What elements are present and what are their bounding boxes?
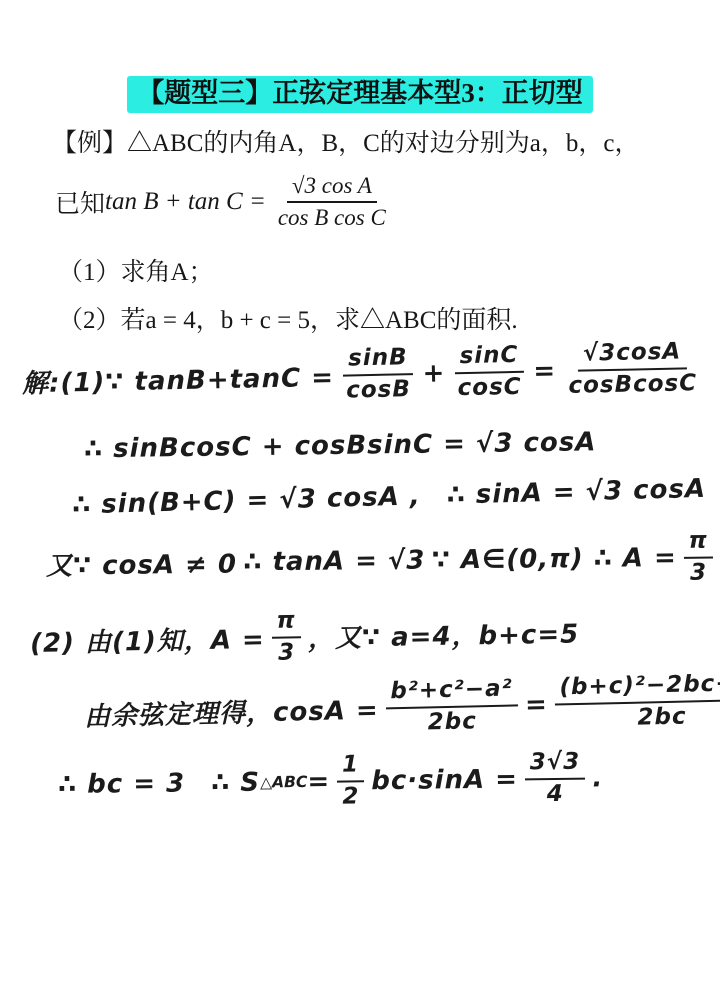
sol7-fraction-answer: 3√3 4: [525, 750, 586, 808]
solution-line-6: 由余弦定理得，cosA = b²+c²−a² 2bc = (b+c)²−2bc−…: [83, 672, 720, 744]
problem-intro: 【例】△ABC的内角A，B，C的对边分别为a，b，c，: [52, 123, 720, 159]
sol1-prefix: 解:(1)∵ tanB+tanC =: [22, 357, 335, 401]
page-title: 【题型三】正弦定理基本型3：正切型: [127, 76, 593, 113]
sol6-equals-1: =: [525, 689, 548, 720]
sol7-fraction-one-half: 1 2: [337, 753, 365, 811]
given-fraction-denominator: cos B cos C: [273, 203, 391, 230]
sol7-period: .: [592, 764, 603, 794]
given-fraction-numerator: √3 cos A: [287, 173, 377, 203]
problem-given-equation: 已知 tan B + tan C = √3 cos A cos B cos C: [55, 173, 720, 231]
sol1-fraction-sinB-cosB: sinB cosB: [340, 345, 416, 404]
sol1-plus: +: [422, 358, 445, 388]
given-lhs: tan B + tan C =: [105, 188, 266, 216]
sol6-prefix: 由余弦定理得，cosA =: [84, 690, 379, 734]
sol4-A-range: ∵ A∈(0,π) ∴ A =: [432, 542, 677, 575]
spacer: [421, 495, 447, 496]
sol3-text-b: ∴ sinA = √3 cosA: [446, 473, 706, 510]
sol1-fraction-sqrt3cosA: √3cosA cosBcosC: [563, 339, 703, 399]
solution-line-7: ∴ bc = 3 ∴ S △ABC = 1 2 bc·sinA = 3√3 4 …: [58, 748, 720, 814]
sol5-given-values: ，又∵ a=4，b+c=5: [308, 614, 580, 656]
sol5-prefix: (2) 由(1)知，A =: [30, 619, 265, 660]
sol7-bc-value: ∴ bc = 3: [58, 769, 186, 801]
solution-line-1: 解:(1)∵ tanB+tanC = sinB cosB + sinC cosC…: [21, 339, 720, 411]
sol7-bc-sinA: bc·sinA =: [371, 765, 518, 797]
solution-line-2: ∴ sinBcosC + cosBsinC = √3 cosA: [84, 425, 720, 464]
sol4-tanA: ∴ tanA = √3: [243, 545, 425, 577]
sol6-fraction-cosine-rule: b²+c²−a² 2bc: [385, 676, 519, 737]
handwritten-solution: 解:(1)∵ tanB+tanC = sinB cosB + sinC cosC…: [0, 338, 720, 810]
question-2: （2）若a = 4，b + c = 5，求△ABC的面积.: [58, 300, 720, 336]
sol1-fraction-sinC-cosC: sinC cosC: [452, 343, 527, 402]
sol7-equals: =: [307, 767, 330, 797]
sol5-fraction-pi-3: π 3: [271, 608, 301, 666]
sol4-fraction-pi-3: π 3: [683, 528, 713, 586]
given-prefix: 已知: [55, 184, 105, 220]
sol7-area-symbol: ∴ S: [211, 768, 260, 799]
worksheet-page: 【题型三】正弦定理基本型3：正切型 【例】△ABC的内角A，B，C的对边分别为a…: [0, 0, 720, 984]
title-row: 【题型三】正弦定理基本型3：正切型: [0, 0, 720, 113]
sol3-text-a: ∴ sin(B+C) = √3 cosA ,: [72, 481, 421, 520]
question-1: （1）求角A；: [58, 252, 720, 288]
sol2-text: ∴ sinBcosC + cosBsinC = √3 cosA: [84, 427, 597, 464]
solution-line-5: (2) 由(1)知，A = π 3 ，又∵ a=4，b+c=5: [30, 601, 720, 671]
solution-line-4: 又∵ cosA ≠ 0 ∴ tanA = √3 ∵ A∈(0,π) ∴ A = …: [46, 528, 720, 593]
sol6-fraction-expanded: (b+c)²−2bc−a² 2bc: [554, 670, 720, 732]
sol1-equals: =: [533, 356, 556, 386]
sol4-cosA-nonzero: 又∵ cosA ≠ 0: [46, 543, 237, 582]
solution-line-3: ∴ sin(B+C) = √3 cosA , ∴ sinA = √3 cosA: [72, 473, 720, 520]
problem-statement: 【例】△ABC的内角A，B，C的对边分别为a，b，c， 已知 tan B + t…: [0, 123, 720, 337]
sol7-area-subscript: △ABC: [260, 773, 308, 792]
given-fraction: √3 cos A cos B cos C: [273, 173, 391, 231]
